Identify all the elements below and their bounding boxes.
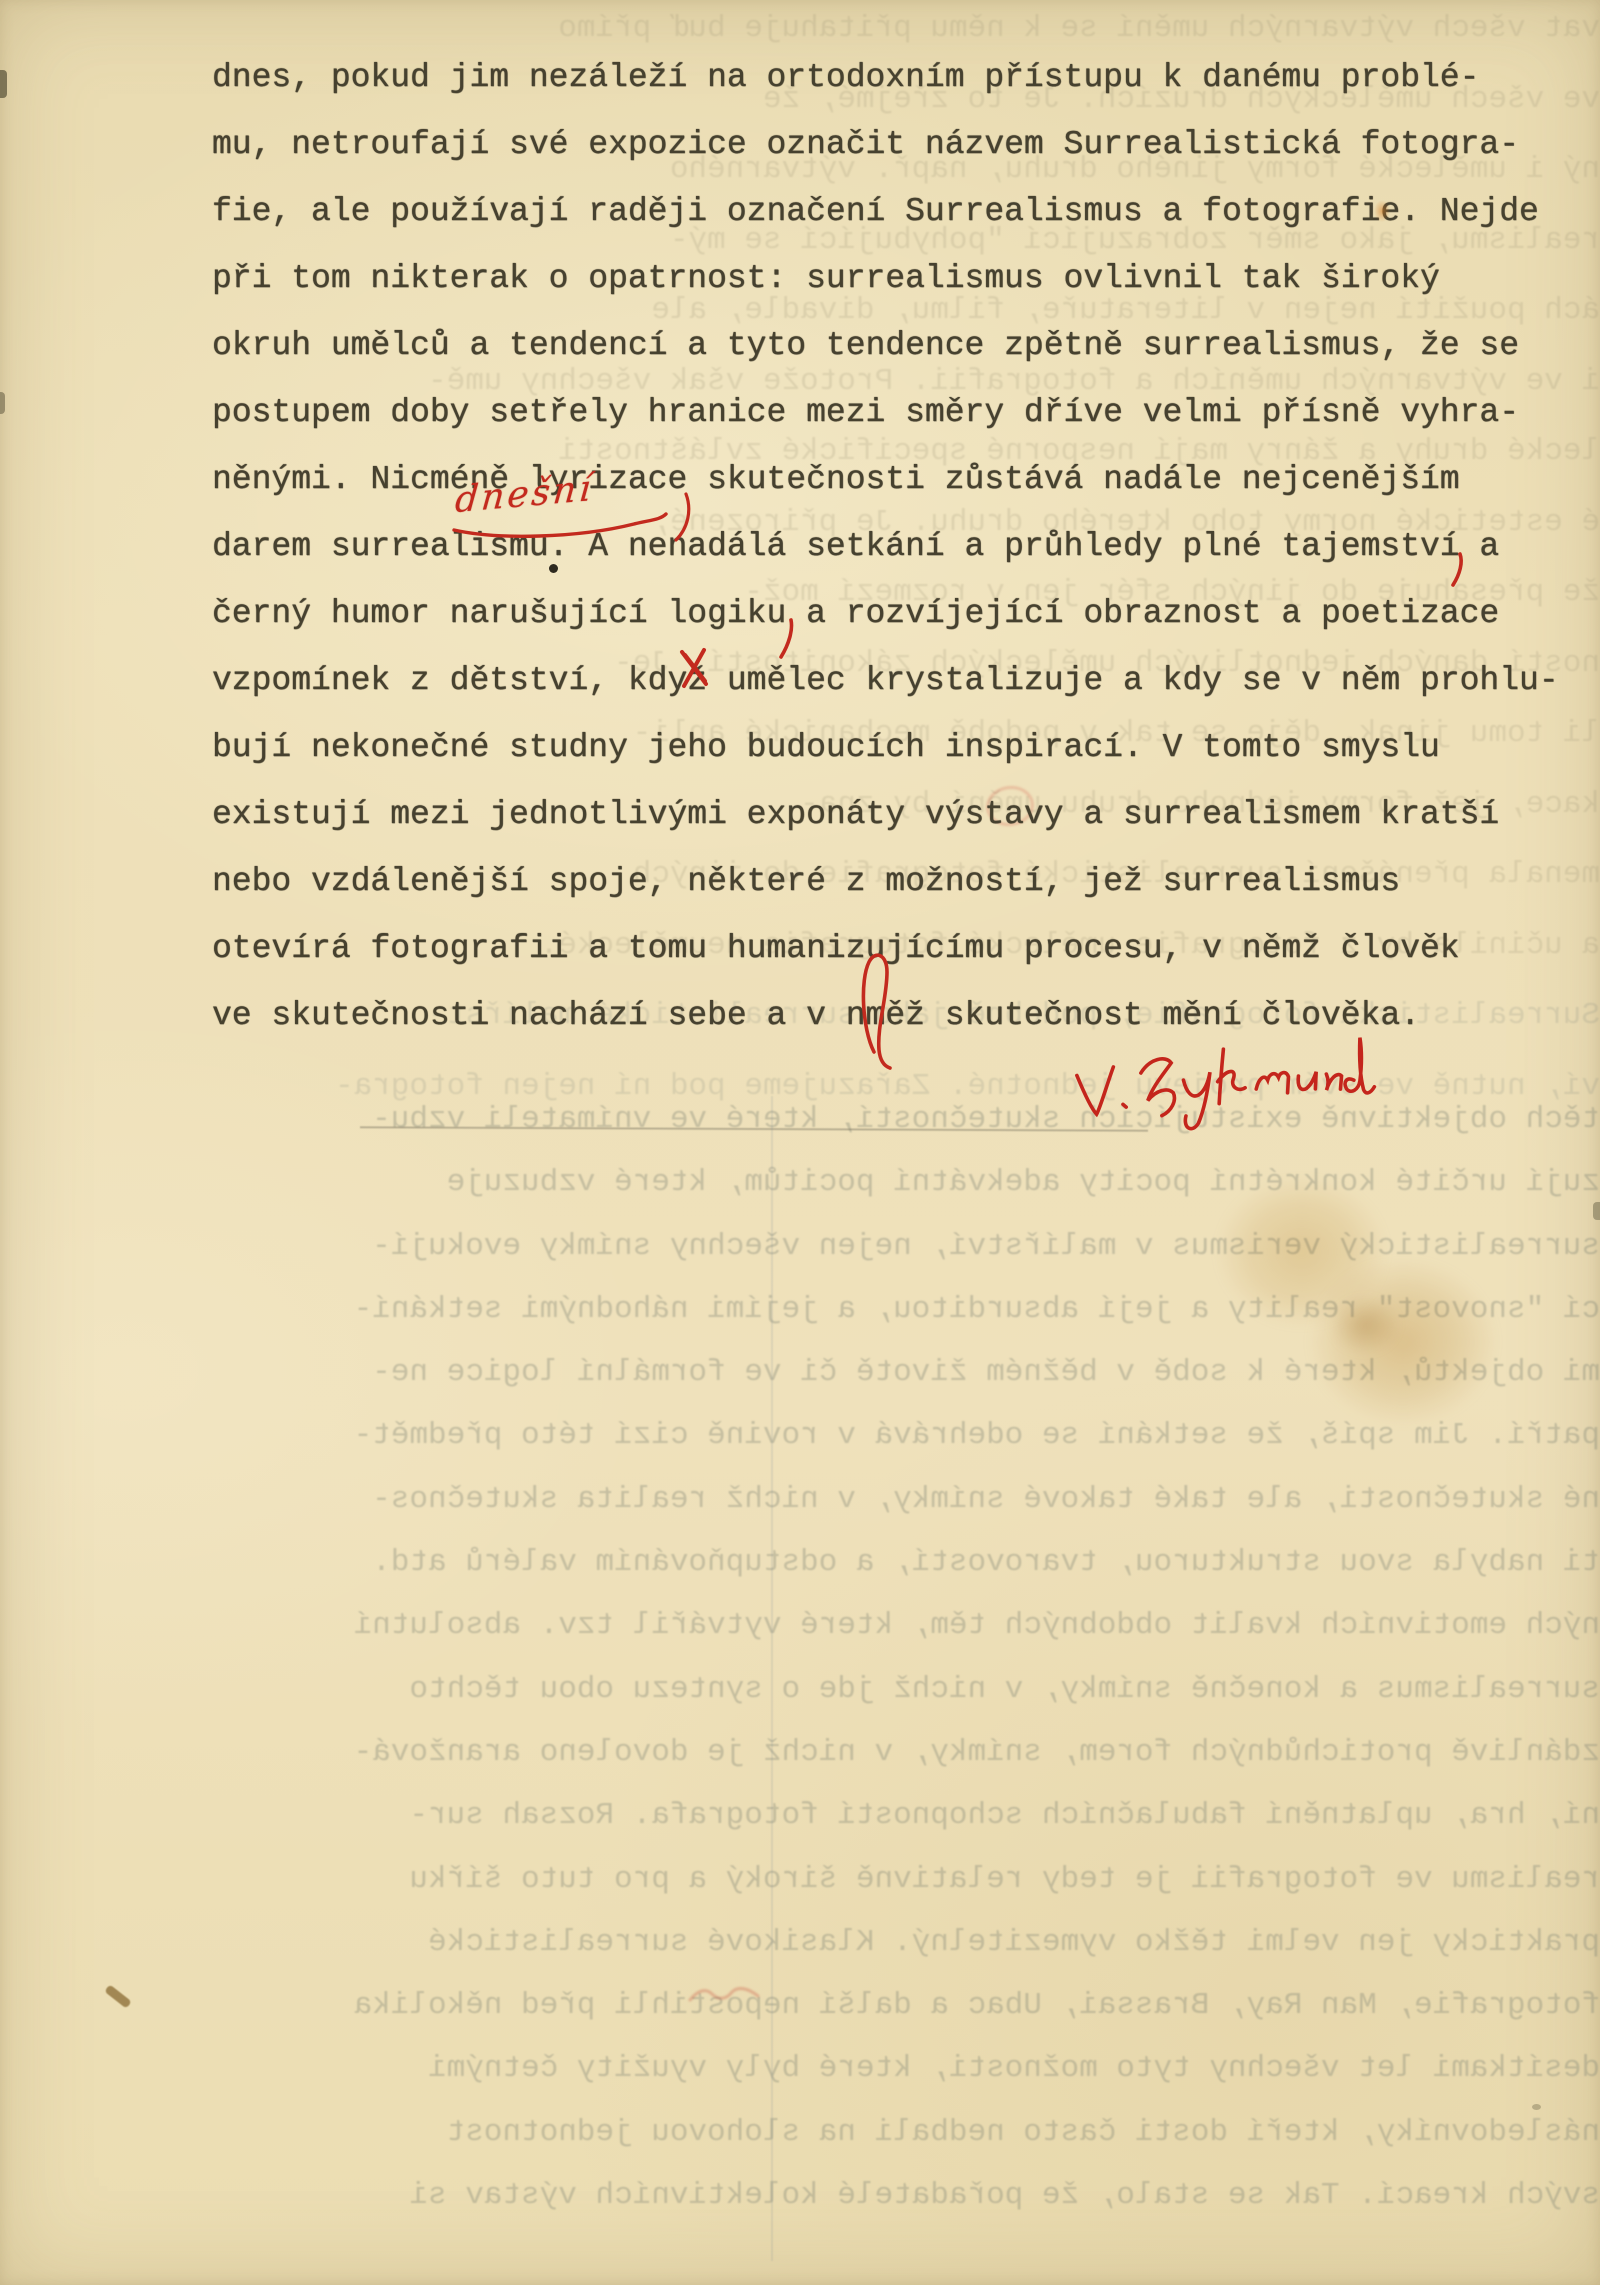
ink-smudge-orange xyxy=(1374,200,1390,222)
inserted-comma-mark xyxy=(1450,552,1466,588)
typed-line: nebo vzdálenější spoje, některé z možnos… xyxy=(212,848,1559,915)
transposition-loop-mark xyxy=(856,952,900,1074)
bleedthrough-line: zdánlivě protichůdných forem, snímky, v … xyxy=(0,1721,1600,1784)
typed-line: postupem doby setřely hranice mezi směry… xyxy=(212,379,1559,446)
typed-line: něnými. Nicméně lyrizace skutečnosti zůs… xyxy=(212,446,1559,513)
red-ink-bleedthrough-squiggle xyxy=(688,1984,760,2006)
bleedthrough-line: realismu ve fotografii je tedy relativně… xyxy=(0,1848,1600,1911)
bleedthrough-line: ti nabyla svou strukturou, tvarovostí, a… xyxy=(0,1531,1600,1594)
typed-line: mu, netroufají své expozice označit názv… xyxy=(212,111,1559,178)
typed-line: darem surrealismu. A nenadálá setkání a … xyxy=(212,513,1559,580)
bleedthrough-line: ných emotivních kvalit obdobných těm, kt… xyxy=(0,1594,1600,1657)
strikeout-x-mark xyxy=(679,648,711,690)
typed-line: existují mezi jednotlivými exponáty výst… xyxy=(212,781,1559,848)
bleedthrough-line: ní, hra, uplatnění fabulačních schopnost… xyxy=(0,1784,1600,1847)
typed-line: okruh umělců a tendencí a tyto tendence … xyxy=(212,312,1559,379)
paper-speck xyxy=(1532,2104,1541,2110)
typed-line: bují nekonečné studny jeho budoucích ins… xyxy=(212,714,1559,781)
edge-mark xyxy=(0,70,7,98)
typed-line: při tom nikterak o opatrnost: surrealism… xyxy=(212,245,1559,312)
typed-line: dnes, pokud jim nezáleží na ortodoxním p… xyxy=(212,44,1559,111)
inserted-comma-mark xyxy=(778,618,796,660)
bleedthrough-line: né skutečnosti, ale také takové snímky, … xyxy=(0,1468,1600,1531)
typescript-page: vat všech výtvarných umění se k němu při… xyxy=(0,0,1600,2285)
bleedthrough-line: následovníky, kteří dosti často nedbali … xyxy=(0,2101,1600,2164)
bleedthrough-line: desítkami let všechny tyto možnosti, kte… xyxy=(0,2037,1600,2100)
bleedthrough-line: fotografie, Man Ray, Brassai, Ubac a dal… xyxy=(0,1974,1600,2037)
bleedthrough-line: surrealismus a konečně snímky, v nichž j… xyxy=(0,1658,1600,1721)
edge-mark xyxy=(0,392,5,414)
bleedthrough-line: prakticky jen velmi těžko vymezitelný. K… xyxy=(0,1911,1600,1974)
typed-line: černý humor narušující logiku a rozvíjej… xyxy=(212,580,1559,647)
typed-paragraph: dnes, pokud jim nezáleží na ortodoxním p… xyxy=(212,44,1559,1049)
edge-mark xyxy=(1593,1202,1600,1220)
bold-period-overstrike xyxy=(549,564,558,573)
paper-fold-line xyxy=(771,1096,773,2261)
insertion-underline-flourish xyxy=(448,500,698,546)
paper-stain xyxy=(1330,1296,1400,1354)
typed-line: fie, ale používají raději označení Surre… xyxy=(212,178,1559,245)
typed-line: vzpomínek z dětství, když umělec krystal… xyxy=(212,647,1559,714)
bleedthrough-line: svých kreací. Tak se stalo, že pořadatel… xyxy=(0,2164,1600,2227)
